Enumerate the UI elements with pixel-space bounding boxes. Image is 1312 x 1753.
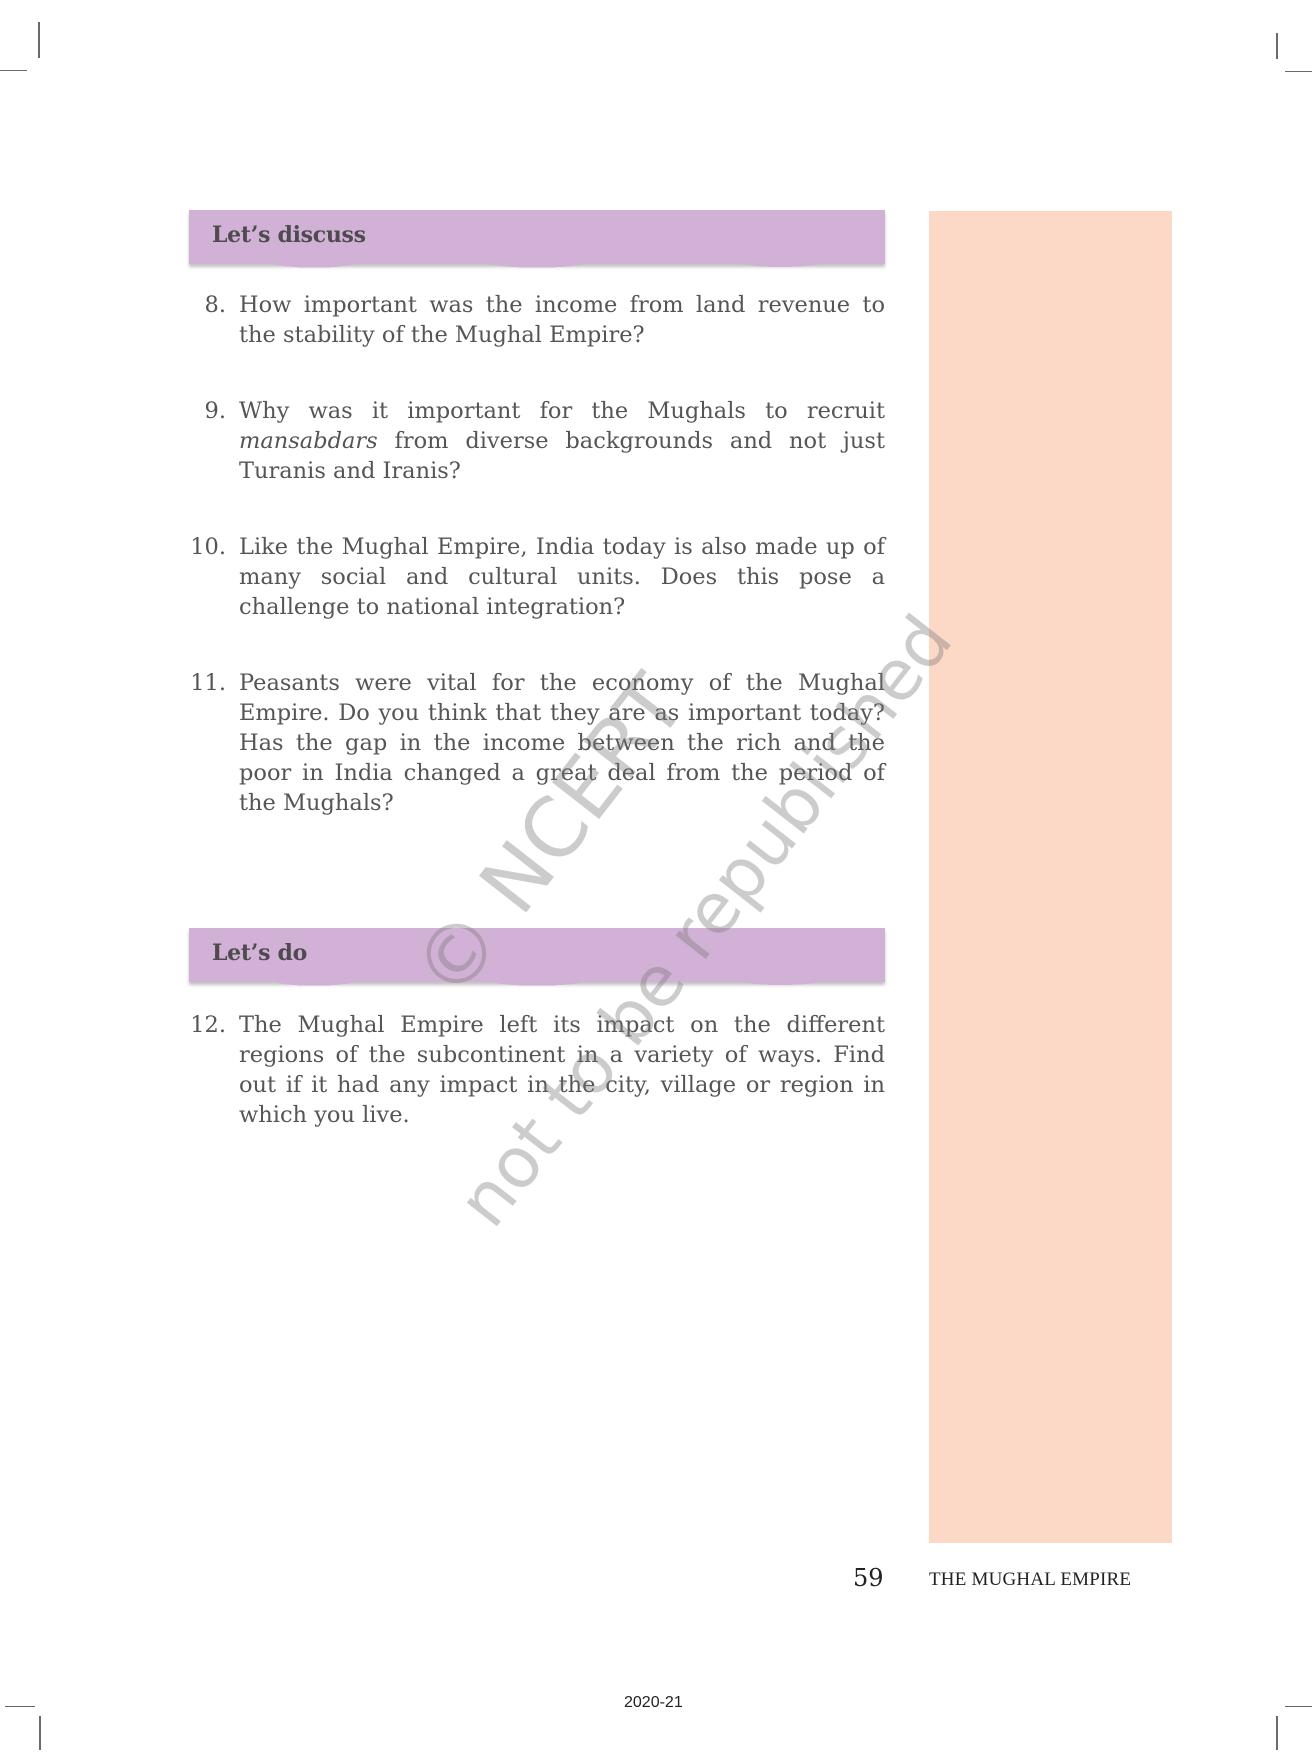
question-item: 11. Peasants were vital for the economy … — [188, 668, 885, 818]
margin-panel — [929, 211, 1172, 1543]
question-number: 8. — [188, 290, 226, 320]
question-number: 10. — [188, 532, 226, 562]
question-number: 11. — [188, 668, 226, 698]
question-text: The Mughal Empire left its impact on the… — [239, 1010, 885, 1130]
section-header-lets-discuss: Let’s discuss — [189, 210, 885, 264]
question-text: Like the Mughal Empire, India today is a… — [239, 532, 885, 622]
crop-mark-bottom-left-h — [5, 1706, 35, 1707]
crop-mark-bottom-right-v — [1276, 1716, 1278, 1750]
question-number: 12. — [188, 1010, 226, 1040]
question-text: How important was the income from land r… — [239, 290, 885, 350]
question-item: 10. Like the Mughal Empire, India today … — [188, 532, 885, 622]
question-number: 9. — [188, 396, 226, 426]
question-item: 8. How important was the income from lan… — [188, 290, 885, 350]
question-item: 12. The Mughal Empire left its impact on… — [188, 1010, 885, 1130]
question-text-part: Why was it important for the Mughals to … — [239, 398, 885, 424]
page-number: 59 — [853, 1564, 884, 1592]
crop-mark-bottom-right-h — [1285, 1706, 1312, 1707]
section-title: Let’s discuss — [212, 222, 366, 248]
section-header-lets-do: Let’s do — [189, 928, 885, 982]
italic-term: mansabdars — [239, 428, 378, 454]
running-head: THE MUGHAL EMPIRE — [929, 1569, 1131, 1591]
crop-mark-top-left-v — [38, 22, 40, 58]
question-text: Peasants were vital for the economy of t… — [239, 668, 885, 818]
crop-mark-top-left-h — [0, 70, 27, 71]
edition-year: 2020-21 — [624, 1694, 683, 1712]
question-text: Why was it important for the Mughals to … — [239, 396, 885, 486]
section-title: Let’s do — [212, 940, 307, 966]
question-item: 9. Why was it important for the Mughals … — [188, 396, 885, 486]
crop-mark-bottom-left-v — [39, 1716, 41, 1750]
crop-mark-top-right-h — [1285, 71, 1312, 72]
crop-mark-top-right-v — [1276, 33, 1278, 59]
